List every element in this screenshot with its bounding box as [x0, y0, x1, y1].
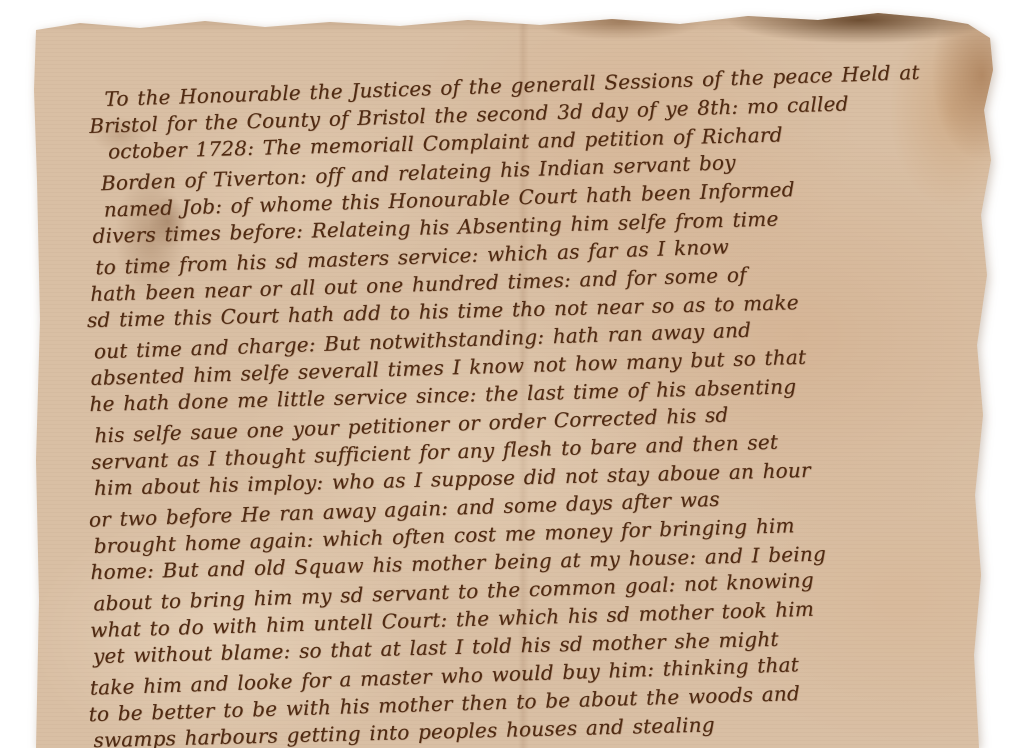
manuscript-paper-wrapper: To the Honourable the Justices of the ge…	[0, 0, 1024, 748]
manuscript-paper: To the Honourable the Justices of the ge…	[0, 0, 1024, 748]
manuscript-text-block: To the Honourable the Justices of the ge…	[88, 58, 998, 748]
scanned-document-page: { "document": { "colors": { "background"…	[0, 0, 1024, 748]
